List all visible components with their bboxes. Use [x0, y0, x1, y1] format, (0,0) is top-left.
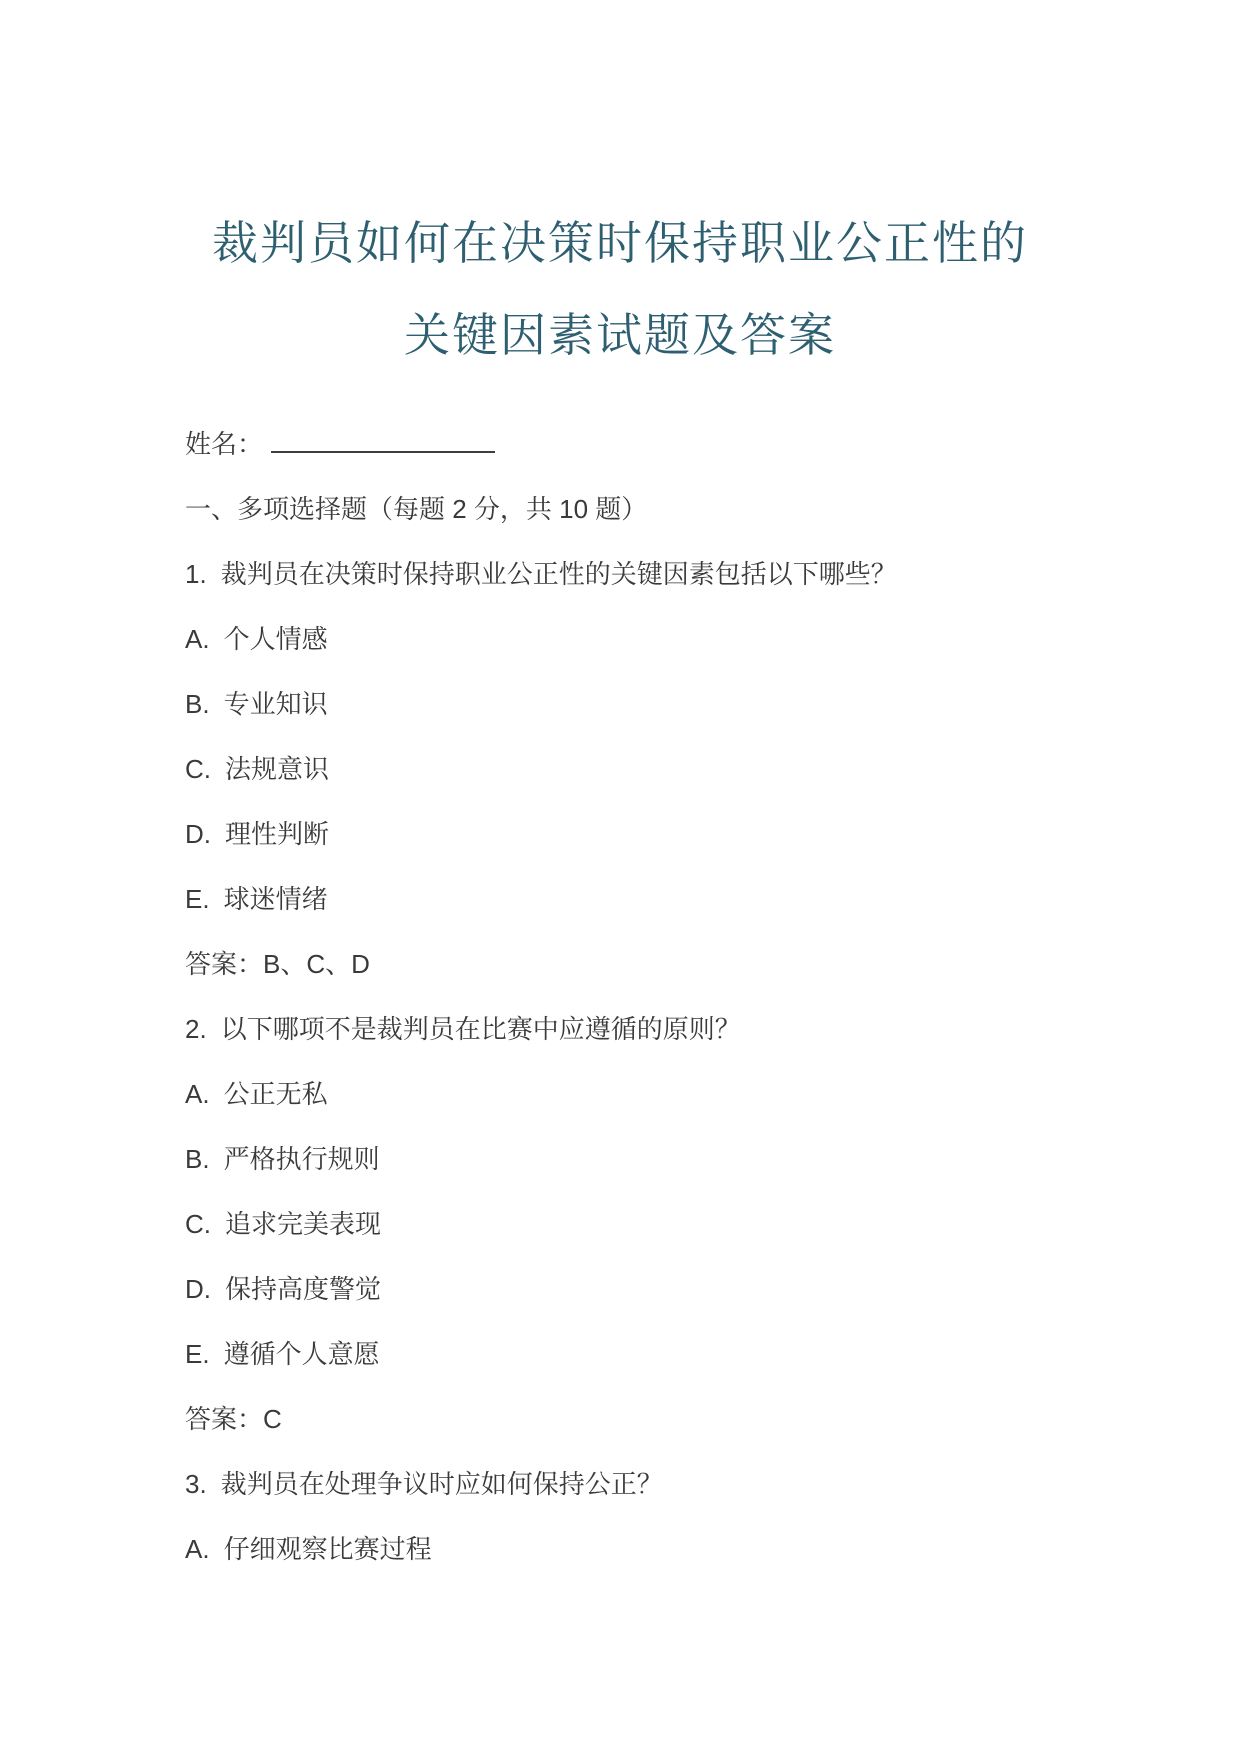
option-a-text: 公正无私 — [224, 1079, 328, 1109]
answer-value: C — [263, 1404, 282, 1434]
option-c-text: 追求完美表现 — [225, 1209, 381, 1239]
option-b-text: 严格执行规则 — [224, 1144, 380, 1174]
name-label: 姓名： — [185, 429, 263, 459]
option-a-text: 仔细观察比赛过程 — [224, 1534, 432, 1564]
question-3-option-a: A.仔细观察比赛过程 — [185, 1536, 1180, 1562]
question-1-option-d: D.理性判断 — [185, 821, 1180, 847]
question-2-number: 2. — [185, 1016, 207, 1042]
document-page: 裁判员如何在决策时保持职业公正性的 关键因素试题及答案 姓名： 一、多项选择题（… — [0, 0, 1240, 1753]
option-e-text: 球迷情绪 — [224, 884, 328, 914]
option-d-text: 保持高度警觉 — [225, 1274, 381, 1304]
document-body: 姓名： 一、多项选择题（每题 2 分，共 10 题） 1.裁判员在决策时保持职业… — [0, 428, 1240, 1562]
question-2-answer: 答案：C — [185, 1406, 1180, 1432]
question-1-option-b: B.专业知识 — [185, 691, 1180, 717]
option-e-label: E. — [185, 886, 210, 912]
question-2-text: 2.以下哪项不是裁判员在比赛中应遵循的原则？ — [185, 1016, 1180, 1042]
answer-value: B、C、D — [263, 949, 370, 979]
option-a-label: A. — [185, 1536, 210, 1562]
option-d-label: D. — [185, 821, 211, 847]
question-1-option-c: C.法规意识 — [185, 756, 1180, 782]
question-2-option-c: C.追求完美表现 — [185, 1211, 1180, 1237]
answer-label: 答案： — [185, 1404, 263, 1434]
document-title: 裁判员如何在决策时保持职业公正性的 关键因素试题及答案 — [0, 0, 1240, 381]
option-b-text: 专业知识 — [224, 689, 328, 719]
name-line: 姓名： — [185, 428, 1180, 457]
question-1-text: 1.裁判员在决策时保持职业公正性的关键因素包括以下哪些？ — [185, 561, 1180, 587]
option-c-label: C. — [185, 756, 211, 782]
option-b-label: B. — [185, 1146, 210, 1172]
option-d-label: D. — [185, 1276, 211, 1302]
question-2-option-b: B.严格执行规则 — [185, 1146, 1180, 1172]
name-blank-underline[interactable] — [271, 428, 495, 453]
option-a-text: 个人情感 — [224, 624, 328, 654]
question-2-option-e: E.遵循个人意愿 — [185, 1341, 1180, 1367]
title-line-2: 关键因素试题及答案 — [0, 289, 1240, 381]
title-line-1: 裁判员如何在决策时保持职业公正性的 — [0, 197, 1240, 289]
section-heading: 一、多项选择题（每题 2 分，共 10 题） — [185, 496, 1180, 522]
option-b-label: B. — [185, 691, 210, 717]
option-c-text: 法规意识 — [225, 754, 329, 784]
question-3-body: 裁判员在处理争议时应如何保持公正？ — [221, 1469, 663, 1499]
option-d-text: 理性判断 — [225, 819, 329, 849]
question-2-option-d: D.保持高度警觉 — [185, 1276, 1180, 1302]
option-e-label: E. — [185, 1341, 210, 1367]
question-2-option-a: A.公正无私 — [185, 1081, 1180, 1107]
option-e-text: 遵循个人意愿 — [224, 1339, 380, 1369]
option-a-label: A. — [185, 626, 210, 652]
question-1-option-e: E.球迷情绪 — [185, 886, 1180, 912]
answer-label: 答案： — [185, 949, 263, 979]
question-3-text: 3.裁判员在处理争议时应如何保持公正？ — [185, 1471, 1180, 1497]
question-1-number: 1. — [185, 561, 207, 587]
question-3-number: 3. — [185, 1471, 207, 1497]
question-1-body: 裁判员在决策时保持职业公正性的关键因素包括以下哪些？ — [221, 559, 897, 589]
question-2-body: 以下哪项不是裁判员在比赛中应遵循的原则？ — [221, 1014, 741, 1044]
question-1-answer: 答案：B、C、D — [185, 951, 1180, 977]
question-1-option-a: A.个人情感 — [185, 626, 1180, 652]
option-a-label: A. — [185, 1081, 210, 1107]
option-c-label: C. — [185, 1211, 211, 1237]
